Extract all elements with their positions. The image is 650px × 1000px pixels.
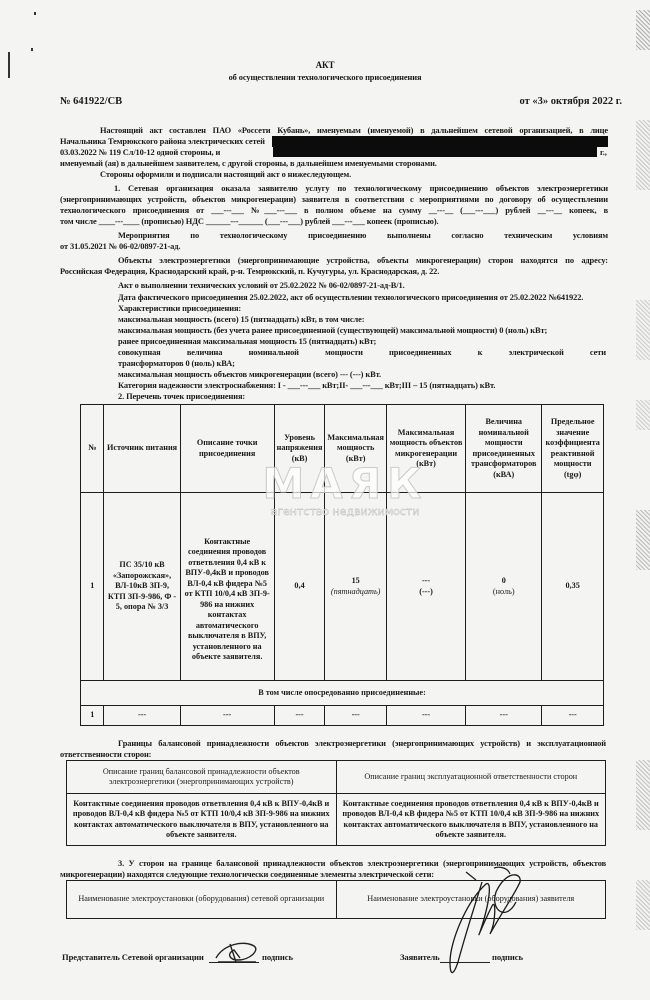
applicant-signature-caption: подпись	[492, 952, 523, 963]
indirect-cell: ---	[104, 706, 180, 726]
intro-line-1: Настоящий акт составлен ПАО «Россети Куб…	[60, 125, 608, 136]
intro-line-4: именуемый (ая) в дальнейшем заявителем, …	[60, 158, 437, 169]
col-header-balance: Описание границ балансовой принадлежност…	[67, 761, 337, 794]
boundaries-intro-l2: ответственности сторон:	[60, 749, 151, 760]
characteristic-transformers-l2: трансформаторов 0 (ноль) кВА;	[118, 358, 235, 369]
transformer-words: (ноль)	[468, 587, 539, 598]
network-signature-icon	[210, 938, 262, 966]
boundaries-table: Описание границ балансовой принадлежност…	[66, 760, 606, 846]
col-header-max-power: Максимальная мощность (кВт)	[325, 405, 387, 493]
section3-l2: микрогенерации) находятся следующие техн…	[60, 869, 434, 880]
redacted-applicant	[273, 147, 597, 157]
col-header-source: Источник питания	[104, 405, 180, 493]
cell-voltage: 0,4	[274, 493, 325, 681]
section1-p1-l4: том числе ____---____ (прописью) НДС ___…	[60, 216, 439, 227]
redacted-name	[272, 136, 608, 147]
section1-p2-l1: Мероприятия по технологическому присоеди…	[60, 230, 608, 241]
characteristic-existing-power: ранее присоединенная максимальная мощнос…	[118, 336, 376, 347]
max-power-words: (пятнадцать)	[327, 587, 384, 598]
scan-edge-noise	[636, 10, 650, 50]
section1-p4: Акт о выполнении технических условий от …	[118, 280, 405, 291]
characteristic-transformers-l1: совокупная величина номинальной мощности…	[118, 347, 606, 358]
indirect-label-row: В том числе опосредованно присоединенные…	[81, 681, 604, 706]
cell-number: 1	[81, 493, 104, 681]
connection-points-table: № Источник питания Описание точки присое…	[80, 404, 604, 726]
col-header-operational: Описание границ эксплуатационной ответст…	[336, 761, 605, 794]
col-header-description: Описание точки присоединения	[180, 405, 274, 493]
cell-source: ПС 35/10 кВ «Запорожская», ВЛ-10кВ ЗП-9,…	[104, 493, 180, 681]
characteristic-microgen: максимальная мощность объектов микрогене…	[118, 369, 381, 380]
microgen-value: ---	[389, 576, 463, 587]
col-header-tg: Предельное значение коэффициента реактив…	[542, 405, 604, 493]
transformer-value: 0	[468, 576, 539, 587]
col-header-microgen: Максимальная мощность объектов микрогене…	[386, 405, 465, 493]
document-title: АКТ	[0, 60, 650, 71]
scan-dot	[31, 48, 33, 51]
network-representative-label: Представитель Сетевой организации	[62, 952, 204, 963]
scan-edge-noise	[636, 120, 650, 190]
characteristic-reliability: Категория надежности электроснабжения: I…	[118, 380, 495, 391]
indirect-cell: ---	[466, 706, 542, 726]
boundaries-header-row: Описание границ балансовой принадлежност…	[67, 761, 606, 794]
intro-line-5: Стороны оформили и подписали настоящий а…	[100, 169, 351, 180]
microgen-words: (---)	[389, 587, 463, 598]
cell-max-power: 15 (пятнадцать)	[325, 493, 387, 681]
section1-p2-l2: от 31.05.2021 № 06-02/0897-21-ад.	[60, 241, 180, 252]
document-subtitle: об осуществлении технологического присое…	[0, 72, 650, 83]
scan-edge-noise	[636, 760, 650, 830]
cell-microgen: --- (---)	[386, 493, 465, 681]
section1-p5: Дата фактического присоединения 25.02.20…	[118, 292, 583, 303]
section1-p1-l1: 1. Сетевая организация оказала заявителю…	[60, 183, 608, 194]
indirect-row: 1 --- --- --- --- --- --- ---	[81, 706, 604, 726]
characteristic-new-power: максимальная мощность (без учета ранее п…	[118, 325, 547, 336]
scan-edge-noise	[636, 300, 650, 360]
section1-p3-l2: Российская Федерация, Краснодарский край…	[60, 266, 439, 277]
indirect-label: В том числе опосредованно присоединенные…	[81, 681, 604, 706]
indirect-cell: 1	[81, 706, 104, 726]
section1-p6: Характеристики присоединения:	[118, 303, 241, 314]
indirect-cell: ---	[180, 706, 274, 726]
cell-description: Контактные соединения проводов ответвлен…	[180, 493, 274, 681]
scan-edge-noise	[636, 400, 650, 430]
cell-tg: 0,35	[542, 493, 604, 681]
characteristic-total-power: максимальная мощность (всего) 15 (пятнад…	[118, 314, 364, 325]
scan-dot	[34, 12, 36, 15]
act-number: № 641922/СВ	[60, 96, 122, 107]
applicant-signature-icon	[436, 862, 526, 982]
applicant-label: Заявитель	[400, 952, 440, 963]
indirect-cell: ---	[274, 706, 325, 726]
scan-edge-noise	[636, 510, 650, 570]
col-header-voltage: Уровень напряжения (кВ)	[274, 405, 325, 493]
section1-p3-l1: Объекты электроэнергетики (энергопринима…	[60, 255, 608, 266]
max-power-value: 15	[327, 576, 384, 587]
indirect-cell: ---	[542, 706, 604, 726]
col-header-transformers: Величина номинальной мощности присоедине…	[466, 405, 542, 493]
boundaries-intro-l1: Границы балансовой принадлежности объект…	[60, 738, 606, 749]
intro-line-3-end: г.,	[600, 147, 607, 158]
table-header-row: № Источник питания Описание точки присое…	[81, 405, 604, 493]
section1-p1-l3: технологического присоединения от ___---…	[60, 205, 608, 216]
network-signature-caption: подпись	[262, 952, 293, 963]
document-page: АКТ об осуществлении технологического пр…	[0, 0, 650, 1000]
table-row: Контактные соединения проводов ответвлен…	[67, 794, 606, 846]
indirect-cell: ---	[325, 706, 387, 726]
col-header-number: №	[81, 405, 104, 493]
cell-operational: Контактные соединения проводов ответвлен…	[336, 794, 605, 846]
act-date: от «3» октября 2022 г.	[520, 96, 623, 107]
intro-line-2: Начальника Темрюкского района электричес…	[60, 136, 265, 147]
scan-edge-noise	[636, 880, 650, 930]
col-header-network-equipment: Наименование электроустановки (оборудова…	[67, 881, 337, 919]
cell-balance: Контактные соединения проводов ответвлен…	[67, 794, 337, 846]
table-row: 1 ПС 35/10 кВ «Запорожская», ВЛ-10кВ ЗП-…	[81, 493, 604, 681]
indirect-cell: ---	[386, 706, 465, 726]
section1-p1-l2: (энергопринимающих устройств, объектов м…	[60, 194, 608, 205]
intro-line-3: 03.03.2022 № 119 Сл/10-12 одной стороны,…	[60, 147, 220, 158]
section2-title: 2. Перечень точек присоединения:	[118, 391, 245, 402]
cell-transformer: 0 (ноль)	[466, 493, 542, 681]
